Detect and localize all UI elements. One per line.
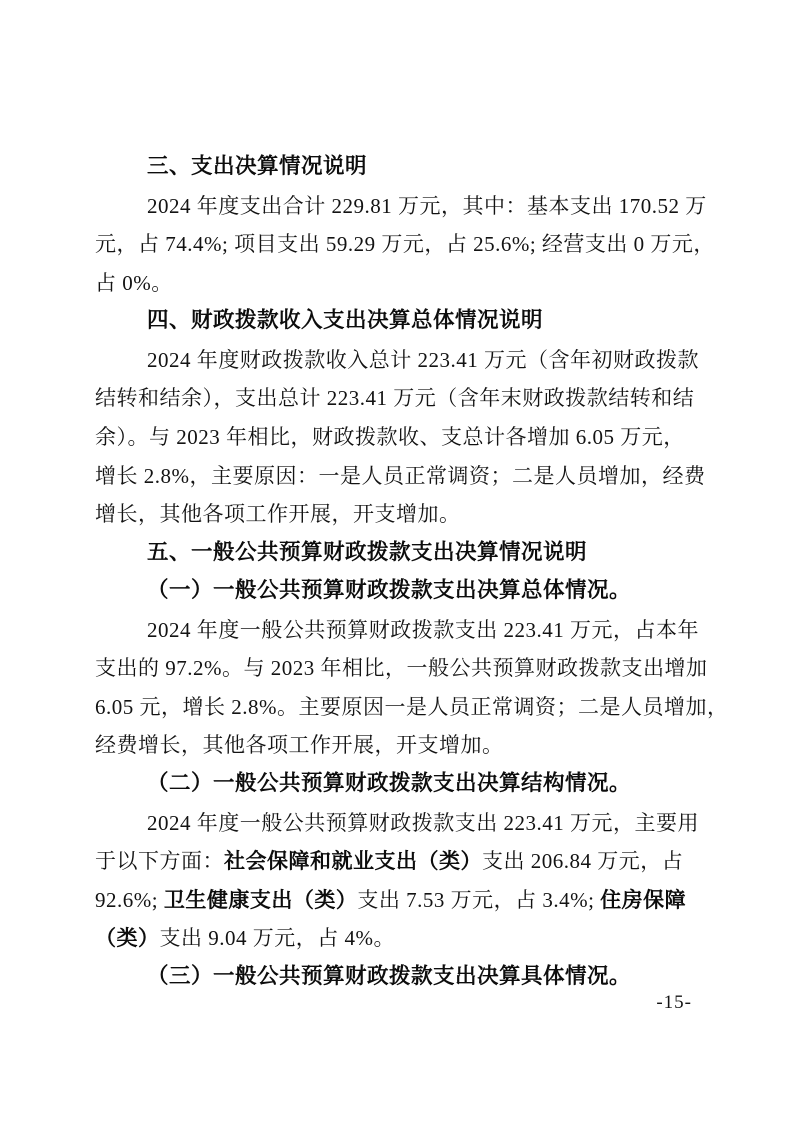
bold-text-segment: （类） — [95, 926, 160, 950]
section-heading-3: 三、支出决算情况说明 — [95, 148, 700, 187]
paragraph-line: 2024 年度一般公共预算财政拨款支出 223.41 万元，主要用 — [95, 804, 700, 843]
paragraph-line: （类）支出 9.04 万元，占 4%。 — [95, 919, 700, 958]
subsection-heading-5-2: （二）一般公共预算财政拨款支出决算结构情况。 — [95, 765, 700, 804]
subsection-heading-5-3: （三）一般公共预算财政拨款支出决算具体情况。 — [95, 958, 700, 997]
paragraph-line: 占 0%。 — [95, 264, 700, 303]
section-heading-5: 五、一般公共预算财政拨款支出决算情况说明 — [95, 534, 700, 573]
text-segment: 支出 7.53 万元，占 3.4%; — [357, 888, 600, 912]
paragraph-line: 2024 年度支出合计 229.81 万元，其中：基本支出 170.52 万 — [95, 187, 700, 226]
page-number: -15- — [656, 988, 692, 1018]
paragraph-line: 6.05 元，增长 2.8%。主要原因一是人员正常调资；二是人员增加， — [95, 688, 700, 727]
paragraph-line: 结转和结余），支出总计 223.41 万元（含年末财政拨款结转和结 — [95, 379, 700, 418]
paragraph-line: 增长 2.8%，主要原因：一是人员正常调资；二是人员增加，经费 — [95, 457, 700, 496]
text-segment: 支出 9.04 万元，占 4%。 — [160, 926, 396, 950]
paragraph-line: 经费增长，其他各项工作开展，开支增加。 — [95, 726, 700, 765]
paragraph-line: 余）。与 2023 年相比，财政拨款收、支总计各增加 6.05 万元， — [95, 418, 700, 457]
bold-text-segment: 社会保障和就业支出（类） — [224, 849, 482, 873]
paragraph-line: 2024 年度一般公共预算财政拨款支出 223.41 万元，占本年 — [95, 611, 700, 650]
document-body: 三、支出决算情况说明 2024 年度支出合计 229.81 万元，其中：基本支出… — [95, 148, 700, 996]
bold-text-segment: 住房保障 — [600, 888, 686, 912]
paragraph-line: 于以下方面：社会保障和就业支出（类）支出 206.84 万元，占 — [95, 842, 700, 881]
subsection-heading-5-1: （一）一般公共预算财政拨款支出决算总体情况。 — [95, 572, 700, 611]
text-segment: 支出 206.84 万元，占 — [482, 849, 683, 873]
text-segment: 92.6%; — [95, 888, 164, 912]
document-page: 三、支出决算情况说明 2024 年度支出合计 229.81 万元，其中：基本支出… — [0, 0, 793, 1122]
paragraph-line: 元，占 74.4%; 项目支出 59.29 万元，占 25.6%; 经营支出 0… — [95, 225, 700, 264]
text-segment: 于以下方面： — [95, 849, 224, 873]
paragraph-line: 2024 年度财政拨款收入总计 223.41 万元（含年初财政拨款 — [95, 341, 700, 380]
paragraph-line: 增长，其他各项工作开展，开支增加。 — [95, 495, 700, 534]
section-heading-4: 四、财政拨款收入支出决算总体情况说明 — [95, 302, 700, 341]
paragraph-line: 92.6%; 卫生健康支出（类）支出 7.53 万元，占 3.4%; 住房保障 — [95, 881, 700, 920]
bold-text-segment: 卫生健康支出（类） — [164, 888, 358, 912]
paragraph-line: 支出的 97.2%。与 2023 年相比，一般公共预算财政拨款支出增加 — [95, 649, 700, 688]
